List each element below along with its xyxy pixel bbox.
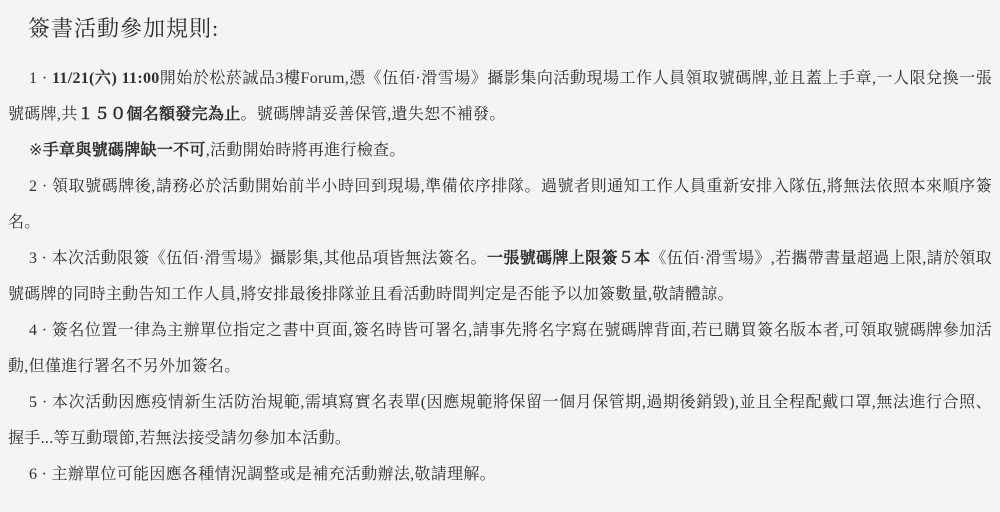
page-title: 簽書活動參加規則: (8, 14, 992, 44)
rule-text-bold: 一張號碼牌上限簽５本 (487, 250, 651, 267)
rule-3: 3 · 本次活動限簽《伍佰·滑雪場》攝影集,其他品項皆無法簽名。一張號碼牌上限簽… (8, 241, 992, 313)
rule-text-bold: 手章與號碼牌缺一不可 (43, 142, 206, 159)
rules-list: 1 · 11/21(六) 11:00開始於松菸誠品3樓Forum,憑《伍佰·滑雪… (8, 61, 992, 493)
rule-6: 6 · 主辦單位可能因應各種情況調整或是補充活動辦法,敬請理解。 (8, 457, 992, 493)
rule-text: 2 · 領取號碼牌後,請務必於活動開始前半小時回到現場,準備依序排隊。過號者則通… (8, 178, 992, 231)
rule-4: 4 · 簽名位置一律為主辦單位指定之書中頁面,簽名時皆可署名,請事先將名字寫在號… (8, 313, 992, 385)
rule-2: 2 · 領取號碼牌後,請務必於活動開始前半小時回到現場,準備依序排隊。過號者則通… (8, 169, 992, 241)
rule-1: 1 · 11/21(六) 11:00開始於松菸誠品3樓Forum,憑《伍佰·滑雪… (8, 61, 992, 133)
rule-text: 。號碼牌請妥善保管,遺失恕不補發。 (241, 106, 506, 123)
rule-text: ,活動開始時將再進行檢查。 (206, 142, 406, 159)
note-stamp-and-tag: ※手章與號碼牌缺一不可,活動開始時將再進行檢查。 (8, 133, 992, 169)
document-page: { "title": "簽書活動參加規則:", "colors": { "bac… (0, 0, 1000, 512)
rule-text: 5 · 本次活動因應疫情新生活防治規範,需填寫實名表單(因應規範將保留一個月保管… (8, 394, 992, 447)
rule-text: 4 · 簽名位置一律為主辦單位指定之書中頁面,簽名時皆可署名,請事先將名字寫在號… (8, 322, 992, 375)
rule-text-bold: １５０個名額發完為止 (78, 106, 241, 123)
rule-text: 6 · 主辦單位可能因應各種情況調整或是補充活動辦法,敬請理解。 (29, 466, 496, 483)
rule-text-bold: 11/21(六) 11:00 (52, 70, 160, 87)
rule-5: 5 · 本次活動因應疫情新生活防治規範,需填寫實名表單(因應規範將保留一個月保管… (8, 385, 992, 457)
rule-text: ※ (29, 142, 43, 159)
signing-rules-notice: 簽書活動參加規則: 1 · 11/21(六) 11:00開始於松菸誠品3樓For… (0, 0, 1000, 512)
rule-text: 1 · (29, 70, 52, 87)
rule-text: 3 · 本次活動限簽《伍佰·滑雪場》攝影集,其他品項皆無法簽名。 (29, 250, 487, 267)
